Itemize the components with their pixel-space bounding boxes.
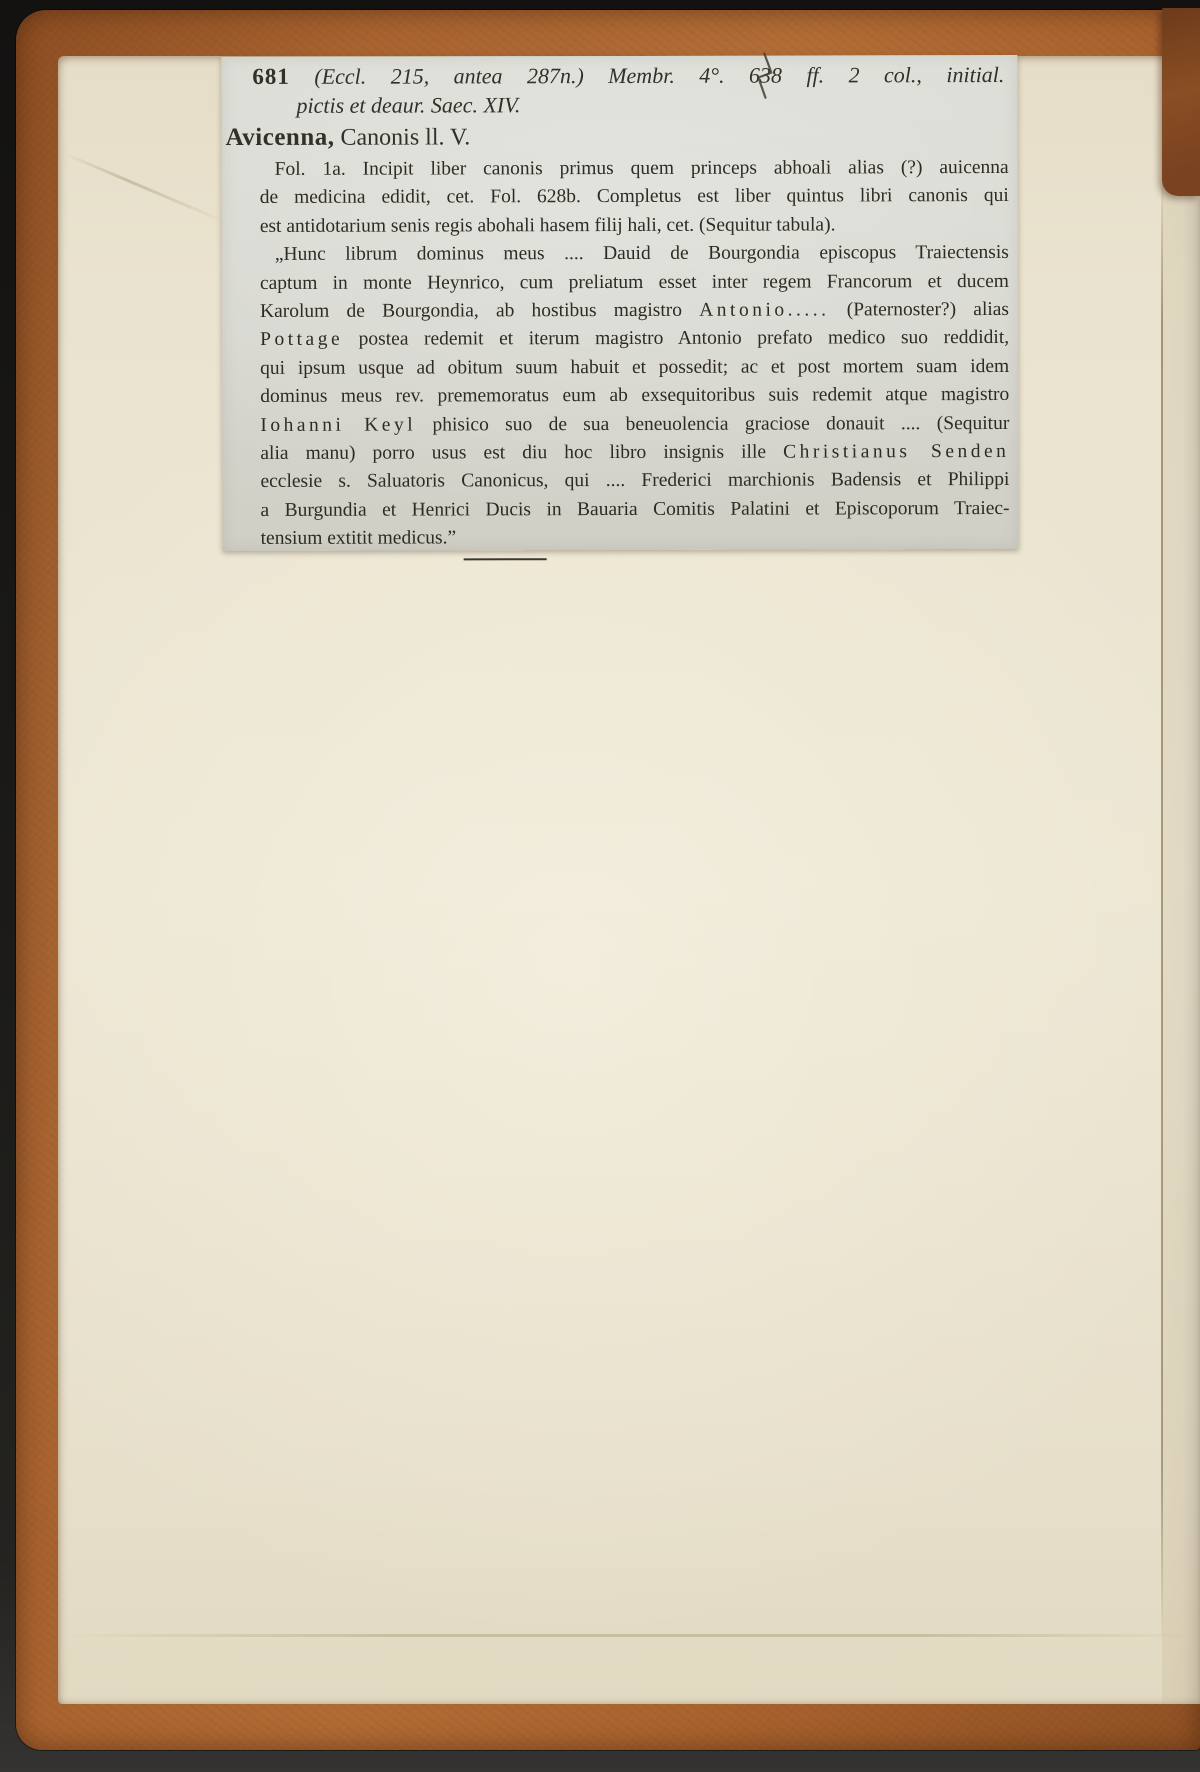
provenance-line: Pottage postea redemit et iterum magistr… bbox=[260, 324, 1009, 354]
page-crease-top-left bbox=[63, 152, 226, 224]
provenance-line: dominus meus rev. prememoratus eum ab ex… bbox=[260, 381, 1009, 411]
gutter-fold-line bbox=[1161, 174, 1163, 1644]
format-text: ff. 2 col., initial. bbox=[806, 62, 1004, 88]
shelfmark-text: (Eccl. 215, antea 287n.) Membr. 4°. bbox=[314, 63, 724, 89]
work-title: Canonis ll. V. bbox=[340, 124, 470, 150]
provenance-line: Iohanni Keyl phisico suo de sua beneuole… bbox=[260, 410, 1009, 440]
entry-number: 681 bbox=[252, 64, 290, 89]
incipit-line: Fol. 1a. Incipit liber canonis primus qu… bbox=[260, 154, 1009, 184]
provenance-line: ecclesie s. Saluatoris Canonicus, qui ..… bbox=[260, 466, 1009, 496]
spaced-name: Christianus Senden bbox=[783, 441, 1009, 463]
description-text: Fol. 1a. Incipit liber canonis primus qu… bbox=[260, 154, 1010, 554]
incipit-line: est antidotarium senis regis abohali has… bbox=[260, 211, 1009, 241]
handwritten-pen-mark-icon bbox=[751, 52, 779, 100]
provenance-line: tensium extitit medicus.” bbox=[261, 523, 1010, 553]
provenance-line: qui ipsum usque ad obitum suum habuit et… bbox=[260, 353, 1009, 383]
page-crease-bottom bbox=[58, 1634, 1200, 1637]
gutter-shading bbox=[1162, 56, 1200, 1704]
provenance-line: a Burgundia et Henrici Ducis in Bauaria … bbox=[261, 495, 1010, 525]
catalog-entry-label: 681 (Eccl. 215, antea 287n.) Membr. 4°. … bbox=[221, 55, 1018, 551]
provenance-line: captum in monte Heynrico, cum preliatum … bbox=[260, 268, 1009, 298]
spaced-name: Iohanni Keyl bbox=[260, 414, 416, 435]
leather-turn-in-top-right bbox=[1162, 8, 1200, 196]
catalog-headline: 681 (Eccl. 215, antea 287n.) Membr. 4°. … bbox=[252, 60, 1004, 91]
catalog-headline-line2: pictis et deaur. Saec. XIV. bbox=[296, 89, 1017, 120]
entry-heading: Avicenna, Canonis ll. V. bbox=[226, 120, 1018, 153]
incipit-line: de medicina edidit, cet. Fol. 628b. Comp… bbox=[260, 182, 1009, 212]
provenance-line: alia manu) porro usus est diu hoc libro … bbox=[260, 438, 1009, 468]
spaced-name: Pottage bbox=[260, 329, 343, 350]
scanned-book-photo: 681 (Eccl. 215, antea 287n.) Membr. 4°. … bbox=[0, 0, 1200, 1772]
spaced-name: Antonio..... bbox=[699, 299, 829, 320]
author-name: Avicenna, bbox=[226, 124, 335, 151]
folio-count: 638 bbox=[749, 61, 782, 90]
provenance-line: Karolum de Bourgondia, ab hostibus magis… bbox=[260, 296, 1009, 326]
provenance-line: „Hunc librum dominus meus .... Dauid de … bbox=[260, 239, 1009, 269]
end-rule-divider bbox=[464, 558, 547, 560]
